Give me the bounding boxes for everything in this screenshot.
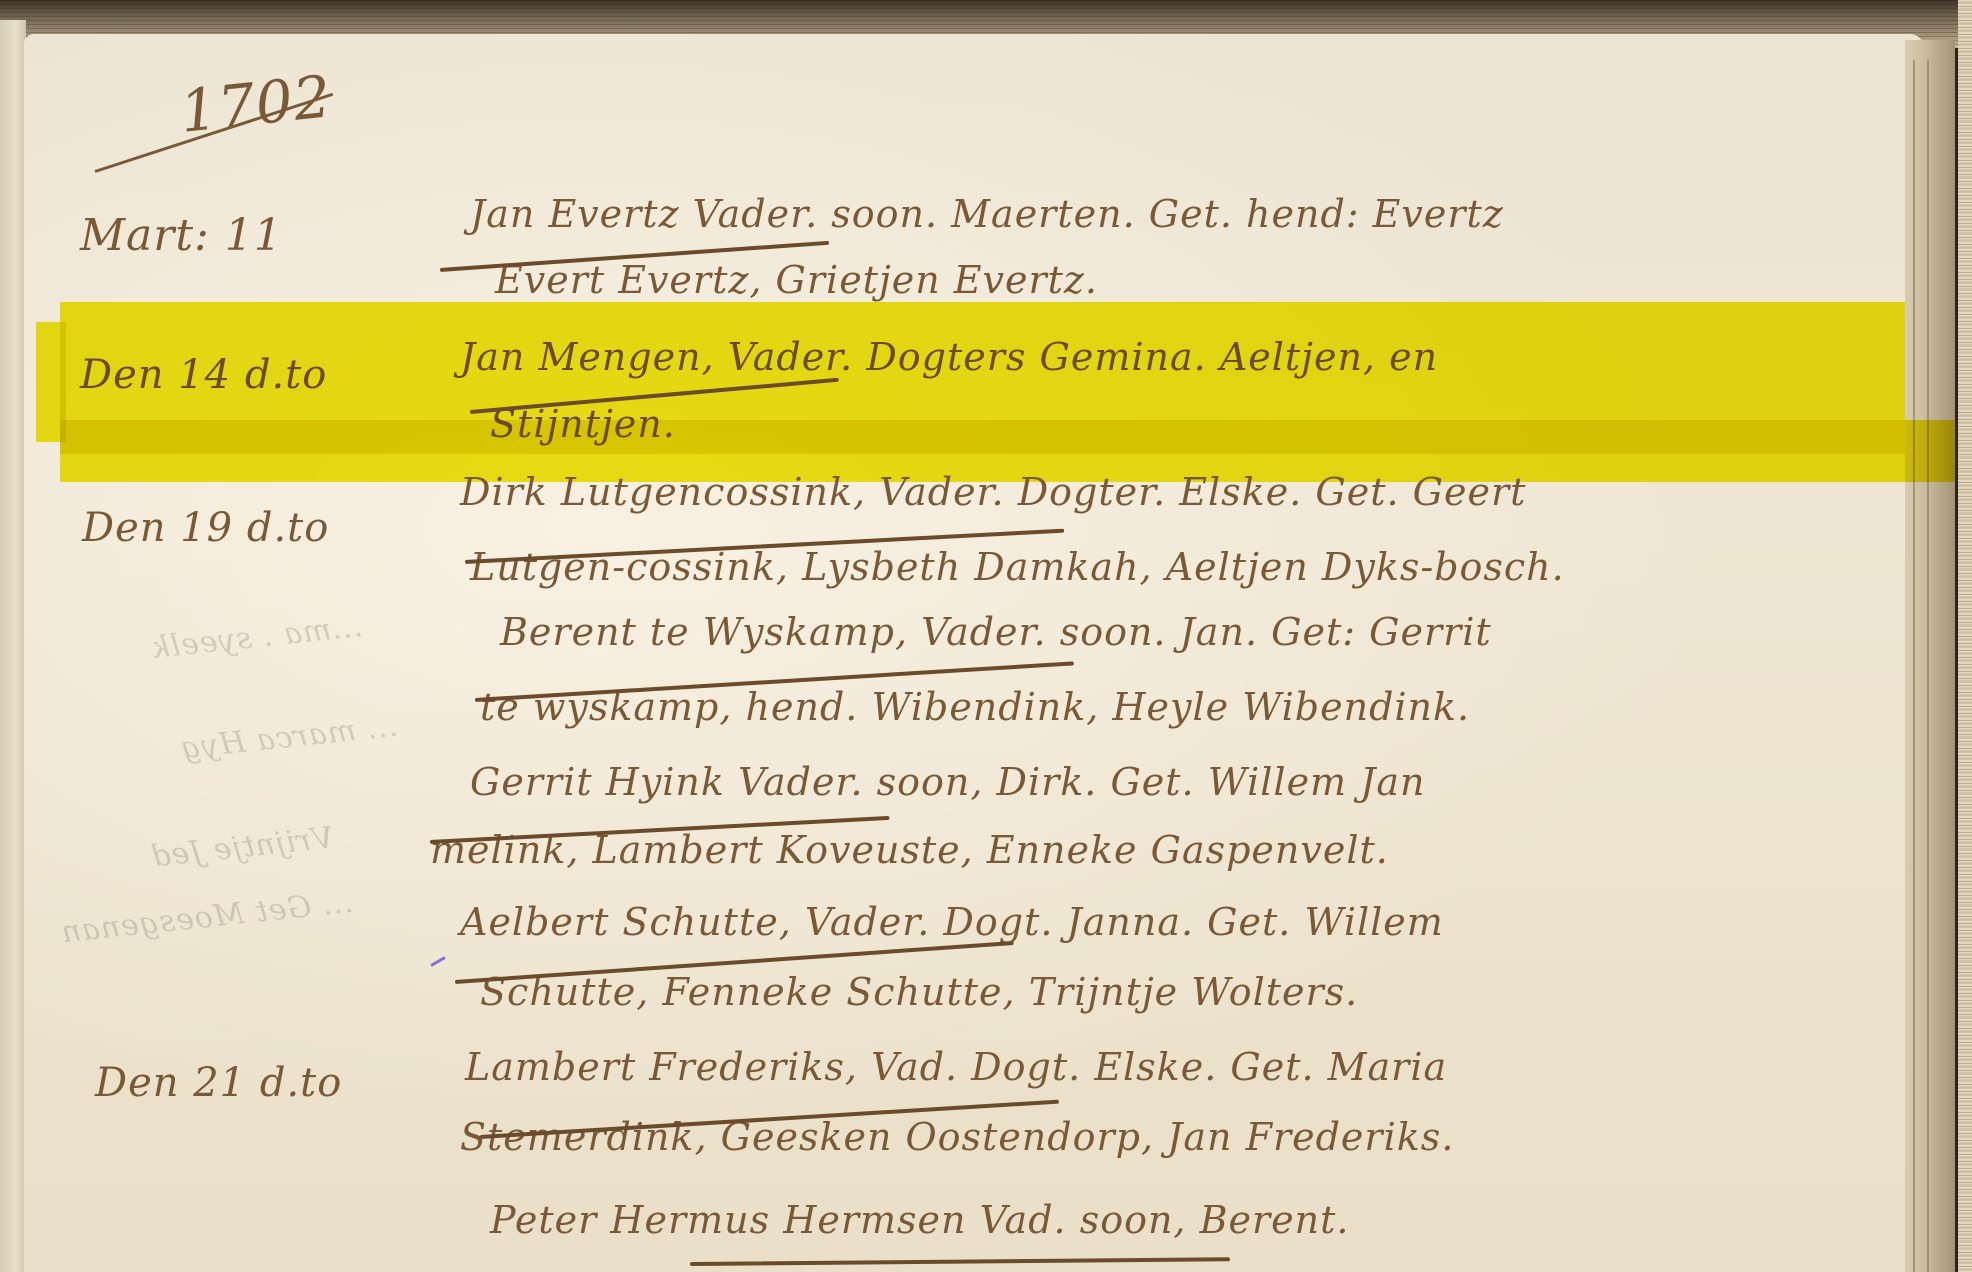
- entry-date: Den 21 d.to: [95, 1060, 342, 1106]
- entry-line: Berent te Wyskamp, Vader. soon. Jan. Get…: [500, 610, 1492, 654]
- entry-line: Stemerdink, Geesken Oostendorp, Jan Fred…: [460, 1115, 1454, 1159]
- entry-line: Aelbert Schutte, Vader. Dogt. Janna. Get…: [460, 900, 1444, 944]
- entry-line: Dirk Lutgencossink, Vader. Dogter. Elske…: [460, 470, 1526, 514]
- right-page-edges: [1905, 40, 1955, 1272]
- entry-line: Evert Evertz, Grietjen Evertz.: [495, 258, 1098, 302]
- entry-date: Den 14 d.to: [80, 352, 327, 398]
- entry-date: Den 19 d.to: [82, 505, 329, 551]
- entry-line: Schutte, Fenneke Schutte, Trijntje Wolte…: [480, 970, 1358, 1014]
- entry-date: Mart: 11: [80, 210, 283, 261]
- scan-edge-artifact: [1958, 0, 1972, 1272]
- entry-line: Gerrit Hyink Vader. soon, Dirk. Get. Wil…: [470, 760, 1426, 804]
- left-page-gutter: [0, 20, 26, 1272]
- entry-line: Lambert Frederiks, Vad. Dogt. Elske. Get…: [465, 1045, 1447, 1089]
- entry-line: Peter Hermus Hermsen Vad. soon, Berent.: [490, 1198, 1349, 1242]
- entry-line: Jan Evertz Vader. soon. Maerten. Get. he…: [470, 192, 1504, 236]
- entry-line-highlighted: Jan Mengen, Vader. Dogters Gemina. Aeltj…: [460, 335, 1438, 379]
